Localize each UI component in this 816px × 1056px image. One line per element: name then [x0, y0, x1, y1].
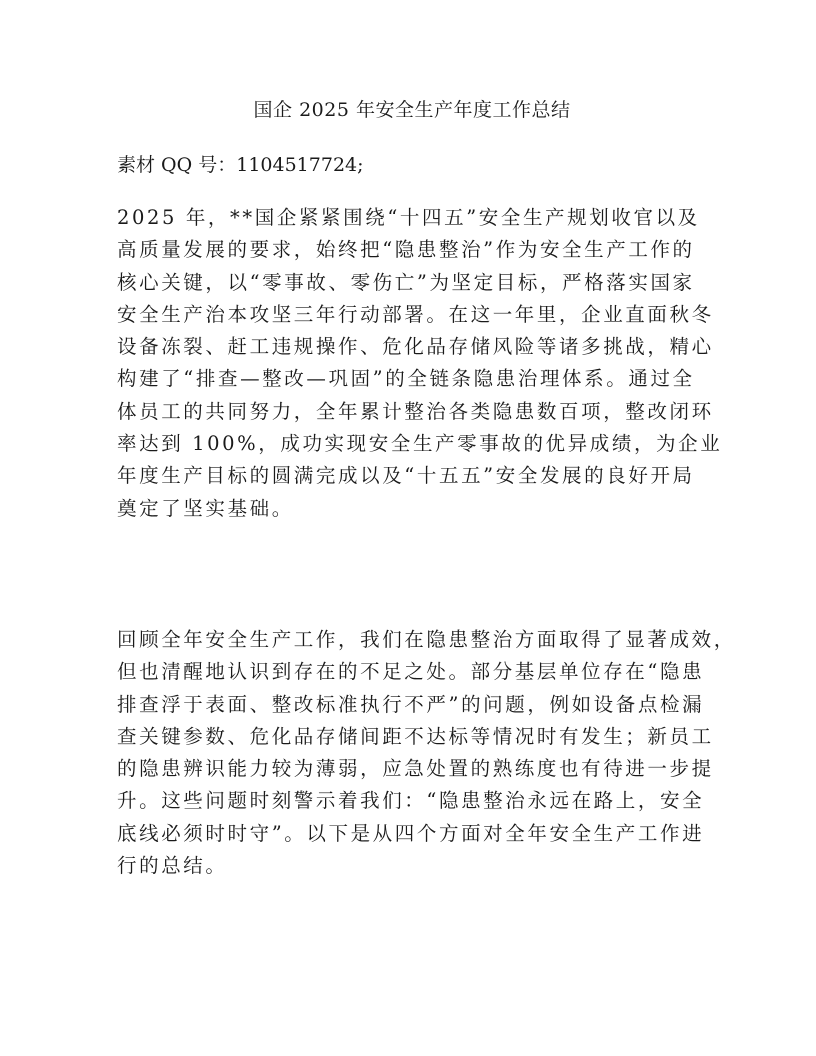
- paragraph-line: 但也清醒地认识到存在的不足之处。部分基层单位存在“隐患: [117, 656, 717, 688]
- paragraph-line: 率达到 100%，成功实现安全生产零事故的优异成绩，为企业: [117, 428, 717, 460]
- paragraph-line: 回顾全年安全生产工作，我们在隐患整治方面取得了显著成效，: [117, 624, 717, 656]
- paragraph-line: 高质量发展的要求，始终把“隐患整治”作为安全生产工作的: [117, 234, 717, 266]
- paragraph-line: 的隐患辨识能力较为薄弱，应急处置的熟练度也有待进一步提: [117, 753, 717, 785]
- paragraph-intro: 2025 年，**国企紧紧围绕“十四五”安全生产规划收官以及 高质量发展的要求，…: [117, 202, 717, 525]
- paragraph-line: 排查浮于表面、整改标准执行不严”的问题，例如设备点检漏: [117, 689, 717, 721]
- paragraph-line: 体员工的共同努力，全年累计整治各类隐患数百项，整改闭环: [117, 396, 717, 428]
- paragraph-line: 查关键参数、危化品存储间距不达标等情况时有发生；新员工: [117, 721, 717, 753]
- document-title: 国企 2025 年安全生产年度工作总结: [117, 96, 707, 124]
- material-qq-line: 素材 QQ 号：1104517724;: [117, 151, 364, 179]
- paragraph-line: 升。这些问题时刻警示着我们：“隐患整治永远在路上，安全: [117, 785, 717, 817]
- paragraph-line: 底线必须时时守”。以下是从四个方面对全年安全生产工作进: [117, 818, 717, 850]
- paragraph-line: 构建了“排查—整改—巩固”的全链条隐患治理体系。通过全: [117, 363, 717, 395]
- paragraph-line: 设备冻裂、赶工违规操作、危化品存储风险等诸多挑战，精心: [117, 331, 717, 363]
- paragraph-line: 安全生产治本攻坚三年行动部署。在这一年里，企业直面秋冬: [117, 299, 717, 331]
- paragraph-review: 回顾全年安全生产工作，我们在隐患整治方面取得了显著成效， 但也清醒地认识到存在的…: [117, 624, 717, 882]
- paragraph-line: 奠定了坚实基础。: [117, 493, 717, 525]
- paragraph-line: 年度生产目标的圆满完成以及“十五五”安全发展的良好开局: [117, 460, 717, 492]
- paragraph-line: 2025 年，**国企紧紧围绕“十四五”安全生产规划收官以及: [117, 202, 717, 234]
- paragraph-line: 行的总结。: [117, 850, 717, 882]
- paragraph-line: 核心关键，以“零事故、零伤亡”为坚定目标，严格落实国家: [117, 267, 717, 299]
